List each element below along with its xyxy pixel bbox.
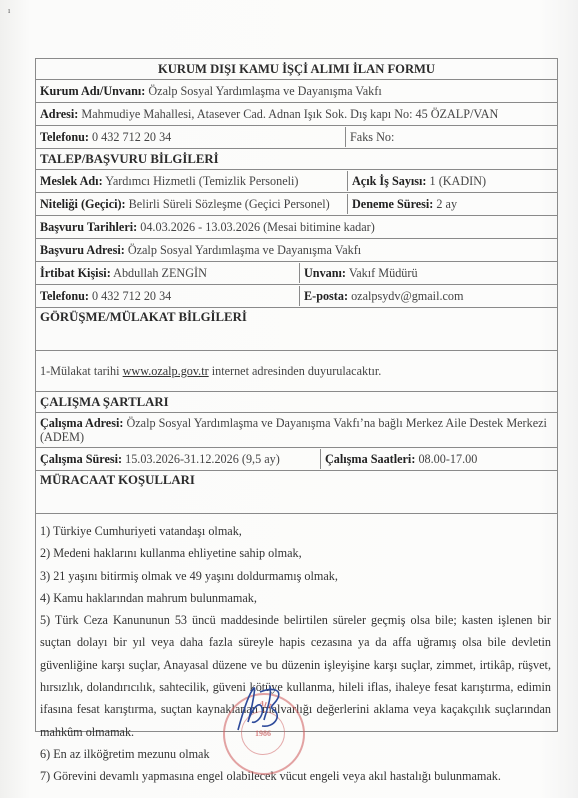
openings-value: 1 (KADIN) [430, 174, 487, 188]
email-label: E-posta: [304, 289, 348, 303]
work-address-label: Çalışma Adresi: [40, 416, 123, 430]
contact-title-value: Vakıf Müdürü [349, 266, 418, 280]
dates-label: Başvuru Tarihleri: [40, 220, 137, 234]
condition-item: 7) Görevini devamlı yapmasına engel olab… [40, 765, 554, 787]
condition-item: 4) Kamu haklarından mahrum bulunmamak, [40, 587, 554, 609]
request-heading: TALEP/BAŞVURU BİLGİLERİ [36, 149, 557, 170]
contact-phone-value: 0 432 712 20 34 [92, 289, 171, 303]
condition-item: 3) 21 yaşını bitirmiş olmak ve 49 yaşını… [40, 565, 554, 587]
conditions-heading: MÜRACAAT KOŞULLARI [36, 471, 557, 514]
work-address-row: Çalışma Adresi: Özalp Sosyal Yardımlaşma… [36, 413, 557, 448]
institution-value: Özalp Sosyal Yardımlaşma ve Dayanışma Va… [148, 84, 381, 98]
interview-heading: GÖRÜŞME/MÜLAKAT BİLGİLERİ [36, 308, 557, 351]
institution-row: Kurum Adı/Unvanı: Özalp Sosyal Yardımlaş… [36, 80, 557, 103]
contact-value: Abdullah ZENGİN [113, 266, 207, 280]
contact-phone-row: Telefonu: 0 432 712 20 34 E-posta: ozalp… [36, 285, 557, 308]
probation-value: 2 ay [436, 197, 457, 211]
apply-address-value: Özalp Sosyal Yardımlaşma ve Dayanışma Va… [128, 243, 361, 257]
contact-title-label: Unvanı: [304, 266, 346, 280]
dates-value: 04.03.2026 - 13.03.2026 (Mesai bitimine … [140, 220, 375, 234]
profession-row: Meslek Adı: Yardımcı Hizmetli (Temizlik … [36, 170, 557, 193]
profession-label: Meslek Adı: [40, 174, 103, 188]
interview-row: 1-Mülakat tarihi www.ozalp.gov.tr intern… [36, 351, 557, 392]
nature-row: Niteliği (Geçici): Belirli Süreli Sözleş… [36, 193, 557, 216]
apply-address-row: Başvuru Adresi: Özalp Sosyal Yardımlaşma… [36, 239, 557, 262]
phone-fax-row: Telefonu: 0 432 712 20 34 Faks No: [36, 126, 557, 149]
profession-value: Yardımcı Hizmetli (Temizlik Personeli) [105, 174, 298, 188]
phone-value: 0 432 712 20 34 [92, 130, 171, 144]
address-row: Adresi: Mahmudiye Mahallesi, Atasever Ca… [36, 103, 557, 126]
contact-phone-label: Telefonu: [40, 289, 89, 303]
job-posting-form: KURUM DIŞI KAMU İŞÇİ ALIMI İLAN FORMU Ku… [35, 58, 558, 732]
openings-label: Açık İş Sayısı: [352, 174, 427, 188]
contact-label: İrtibat Kişisi: [40, 266, 111, 280]
probation-label: Deneme Süresi: [352, 197, 433, 211]
nature-label: Niteliği (Geçici): [40, 197, 126, 211]
work-heading: ÇALIŞMA ŞARTLARI [36, 392, 557, 413]
work-hours-value: 08.00-17.00 [418, 452, 477, 466]
dates-row: Başvuru Tarihleri: 04.03.2026 - 13.03.20… [36, 216, 557, 239]
interview-link[interactable]: www.ozalp.gov.tr [123, 364, 209, 378]
institution-label: Kurum Adı/Unvanı: [40, 84, 145, 98]
email-value[interactable]: ozalpsydv@gmail.com [351, 289, 463, 303]
work-hours-label: Çalışma Saatleri: [325, 452, 415, 466]
signature-icon [230, 678, 300, 738]
condition-item: 1) Türkiye Cumhuriyeti vatandaşı olmak, [40, 520, 554, 542]
apply-address-label: Başvuru Adresi: [40, 243, 125, 257]
nature-value: Belirli Süreli Sözleşme (Geçici Personel… [129, 197, 330, 211]
phone-label: Telefonu: [40, 130, 89, 144]
condition-item: 2) Medeni haklarını kullanma ehliyetine … [40, 542, 554, 564]
fax-label: Faks No: [350, 130, 394, 144]
contact-row: İrtibat Kişisi: Abdullah ZENGİN Unvanı: … [36, 262, 557, 285]
interview-text-after: internet adresinden duyurulacaktır. [209, 364, 382, 378]
scan-mark: ı [8, 6, 10, 15]
interview-text-before: 1-Mülakat tarihi [40, 364, 123, 378]
address-label: Adresi: [40, 107, 78, 121]
form-title: KURUM DIŞI KAMU İŞÇİ ALIMI İLAN FORMU [36, 59, 557, 80]
work-period-row: Çalışma Süresi: 15.03.2026-31.12.2026 (9… [36, 448, 557, 471]
work-period-value: 15.03.2026-31.12.2026 (9,5 ay) [125, 452, 280, 466]
work-period-label: Çalışma Süresi: [40, 452, 122, 466]
address-value: Mahmudiye Mahallesi, Atasever Cad. Adnan… [81, 107, 498, 121]
